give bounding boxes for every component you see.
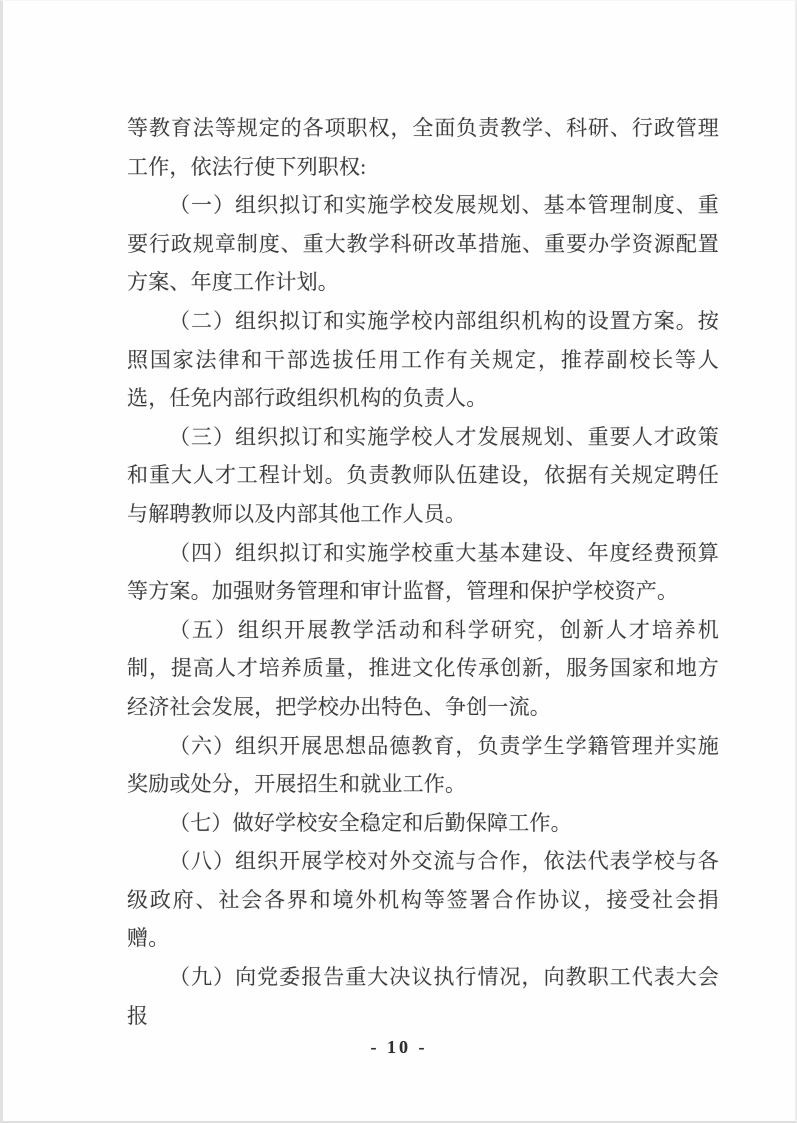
clause-8: （八）组织开展学校对外交流与合作，依法代表学校与各级政府、社会各界和境外机构等签…: [127, 842, 719, 958]
clause-6: （六）组织开展思想品德教育，负责学生学籍管理并实施奖励或处分，开展招生和就业工作…: [127, 727, 719, 804]
clause-3: （三）组织拟订和实施学校人才发展规划、重要人才政策和重大人才工程计划。负责教师队…: [127, 418, 719, 534]
clause-7: （七）做好学校安全稳定和后勤保障工作。: [127, 804, 719, 843]
clause-2: （二）组织拟订和实施学校内部组织机构的设置方案。按照国家法律和干部选拔任用工作有…: [127, 302, 719, 418]
page-number: - 10 -: [371, 1037, 428, 1057]
document-body: 等教育法等规定的各项职权，全面负责教学、科研、行政管理工作，依法行使下列职权: …: [127, 109, 719, 1035]
clause-9: （九）向党委报告重大决议执行情况，向教职工代表大会报: [127, 958, 719, 1035]
document-page: 等教育法等规定的各项职权，全面负责教学、科研、行政管理工作，依法行使下列职权: …: [0, 0, 797, 1123]
paragraph-intro: 等教育法等规定的各项职权，全面负责教学、科研、行政管理工作，依法行使下列职权:: [127, 109, 719, 186]
page-footer: - 10 -: [3, 1037, 795, 1058]
clause-4: （四）组织拟订和实施学校重大基本建设、年度经费预算等方案。加强财务管理和审计监督…: [127, 534, 719, 611]
clause-1: （一）组织拟订和实施学校发展规划、基本管理制度、重要行政规章制度、重大教学科研改…: [127, 186, 719, 302]
clause-5: （五）组织开展教学活动和科学研究，创新人才培养机制，提高人才培养质量，推进文化传…: [127, 611, 719, 727]
